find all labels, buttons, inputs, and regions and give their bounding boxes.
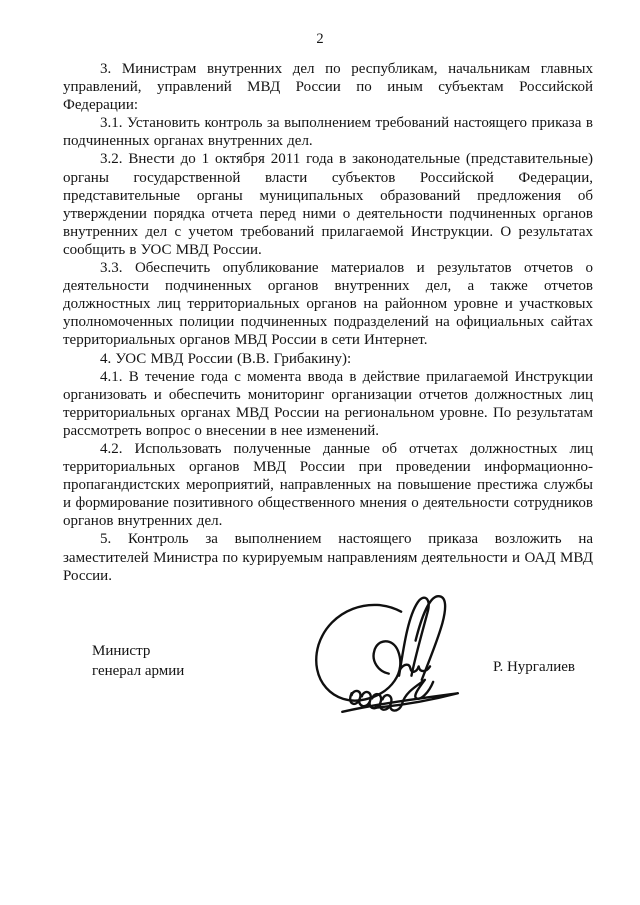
paragraph-3-3: 3.3. Обеспечить опубликование материалов… — [63, 259, 593, 349]
signer-post: Министр генерал армии — [92, 642, 184, 681]
page-number: 2 — [0, 0, 640, 47]
paragraph-4-2: 4.2. Использовать полученные данные об о… — [63, 440, 593, 530]
signer-name: Р. Нургалиев — [493, 659, 575, 676]
order-body: 3. Министрам внутренних дел по республик… — [63, 60, 593, 585]
signature-block: Министр генерал армии Р. Нургалиев — [63, 593, 593, 793]
document-page: 2 3. Министрам внутренних дел по республ… — [0, 0, 640, 905]
signer-post-title: Министр — [92, 642, 184, 662]
signer-post-rank: генерал армии — [92, 662, 184, 682]
paragraph-3-1: 3.1. Установить контроль за выполнением … — [63, 114, 593, 150]
paragraph-4: 4. УОС МВД России (В.В. Грибакину): — [63, 350, 593, 368]
minister-signature — [301, 591, 461, 715]
paragraph-3: 3. Министрам внутренних дел по республик… — [63, 60, 593, 114]
paragraph-4-1: 4.1. В течение года с момента ввода в де… — [63, 368, 593, 440]
paragraph-5: 5. Контроль за выполнением настоящего пр… — [63, 530, 593, 584]
paragraph-3-2: 3.2. Внести до 1 октября 2011 года в зак… — [63, 150, 593, 259]
